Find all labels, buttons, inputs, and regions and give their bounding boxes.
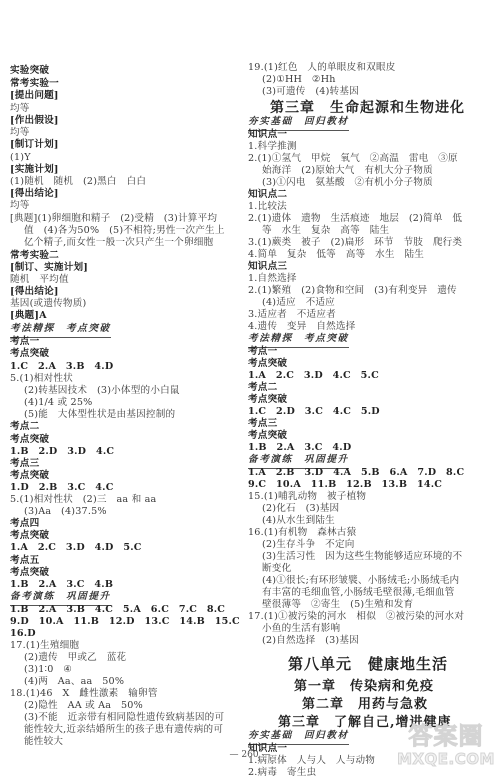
watermark: 答案圈 MXQE.COM xyxy=(392,722,500,768)
watermark-cn: 答案圈 xyxy=(392,722,500,750)
answer-line: 均等 xyxy=(10,200,30,213)
answer-line: (2)自然选择 (3)基因 xyxy=(262,635,359,648)
answer-line: 亿个精子,而女性一般一次只产生一个卵细胞 xyxy=(24,237,213,250)
section-label: 考点突破 xyxy=(10,348,49,361)
section-label: [提出问题] xyxy=(10,90,59,103)
section-label: 9.D 10.A 11.B 12.D 13.C 14.B 15.C xyxy=(10,616,240,629)
chapter-heading: 第三章 生命起源和生物进化 xyxy=(270,97,465,117)
section-label: 考点二 xyxy=(10,421,39,434)
chapter-heading: 第二章 用药与急救 xyxy=(302,693,428,712)
section-label: [典题]A xyxy=(10,310,47,323)
chapter-heading: 第八单元 健康地生活 xyxy=(288,653,448,674)
section-label: 实验突破 xyxy=(10,65,49,78)
section-label: 1.A 2.C 3.D 4.D 5.C xyxy=(10,542,142,555)
answer-line: (5)能 大体型性状是由基因控制的 xyxy=(24,409,175,422)
answer-line: 能性较大 xyxy=(24,736,63,749)
chapter-heading: 第一章 传染病和免疫 xyxy=(294,675,434,694)
answer-line: (3)①闪电 氨基酸 ②有机小分子物质 xyxy=(262,177,433,190)
page-number: — 260 — xyxy=(0,750,500,760)
answer-line: (3)生活习性 因为这些生物能够适应环境的不 xyxy=(262,551,462,564)
section-label: [制订计划] xyxy=(10,139,59,152)
answer-line: 2.病毒 寄生虫 xyxy=(248,767,316,780)
